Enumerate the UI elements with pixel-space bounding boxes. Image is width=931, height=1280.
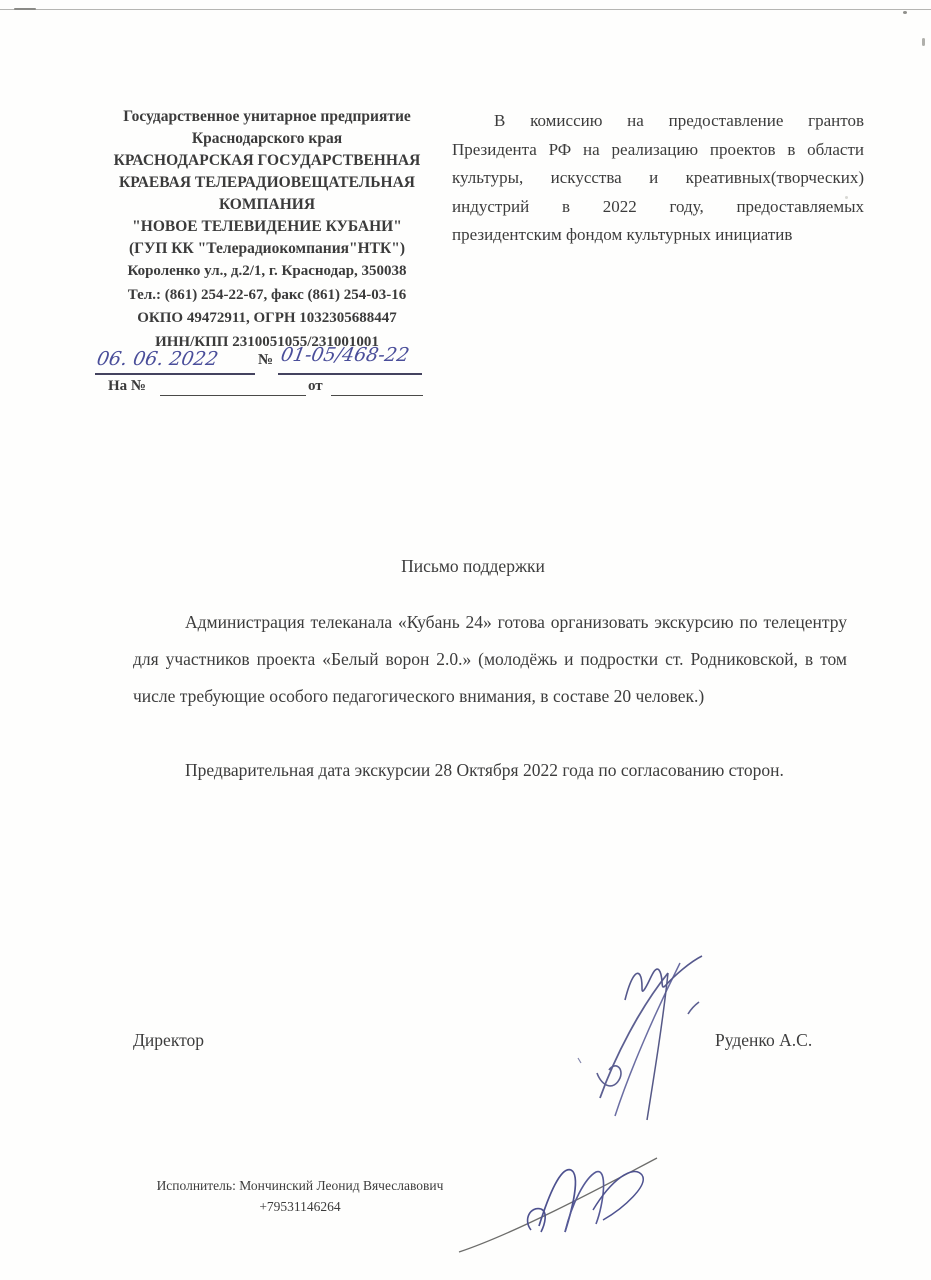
- handwritten-outgoing-number: 01-05/468-22: [279, 344, 411, 366]
- contact-address: Короленко ул., д.2/1, г. Краснодар, 3500…: [78, 260, 456, 284]
- incoming-date-label: от: [308, 378, 323, 395]
- letterhead-brand: "НОВОЕ ТЕЛЕВИДЕНИЕ КУБАНИ": [78, 216, 456, 238]
- letterhead-region: Краснодарского края: [78, 128, 456, 150]
- scanned-letter-page: { "letterhead": { "org_type": "Государст…: [0, 0, 931, 1280]
- scan-edge-line: [0, 9, 931, 10]
- contact-okpo-ogrn: ОКПО 49472911, ОГРН 1032305688447: [78, 307, 456, 331]
- contact-phone: Тел.: (861) 254-22-67, факс (861) 254-03…: [78, 284, 456, 308]
- addressee-block: В комиссию на предоставление грантов Пре…: [452, 107, 864, 250]
- letterhead-org-type: Государственное унитарное предприятие: [78, 106, 456, 128]
- contact-block: Короленко ул., д.2/1, г. Краснодар, 3500…: [78, 260, 456, 354]
- signer-position: Директор: [133, 1030, 204, 1051]
- letter-title: Письмо поддержки: [133, 556, 813, 577]
- letterhead-name-line1: КРАСНОДАРСКАЯ ГОСУДАРСТВЕННАЯ: [78, 150, 456, 172]
- number-underline: [278, 373, 422, 375]
- executor-phone: +79531146264: [135, 1199, 465, 1215]
- date-underline: [95, 373, 255, 375]
- number-sign-label: №: [258, 352, 273, 369]
- director-signature-icon: [570, 938, 720, 1128]
- letter-paragraph-1: Администрация телеканала «Кубань 24» гот…: [133, 604, 847, 715]
- incoming-number-underline: [160, 395, 306, 396]
- handwritten-date: 06. 06. 2022: [95, 348, 220, 370]
- letterhead-block: Государственное унитарное предприятие Кр…: [78, 106, 456, 260]
- incoming-date-underline: [331, 395, 423, 396]
- scan-edge-mark: [14, 8, 36, 10]
- letter-paragraph-2: Предварительная дата экскурсии 28 Октябр…: [133, 752, 847, 789]
- scan-speck: [922, 38, 925, 46]
- letterhead-name-line3: КОМПАНИЯ: [78, 194, 456, 216]
- incoming-number-label: На №: [108, 378, 146, 395]
- letterhead-short-name: (ГУП КК "Телерадиокомпания"НТК"): [78, 238, 456, 260]
- signer-name: Руденко А.С.: [715, 1030, 812, 1051]
- executor-name: Исполнитель: Мончинский Леонид Вячеславо…: [135, 1178, 465, 1194]
- scan-speck: [903, 11, 907, 14]
- letterhead-name-line2: КРАЕВАЯ ТЕЛЕРАДИОВЕЩАТЕЛЬНАЯ: [78, 172, 456, 194]
- executor-signature-icon: [453, 1148, 665, 1258]
